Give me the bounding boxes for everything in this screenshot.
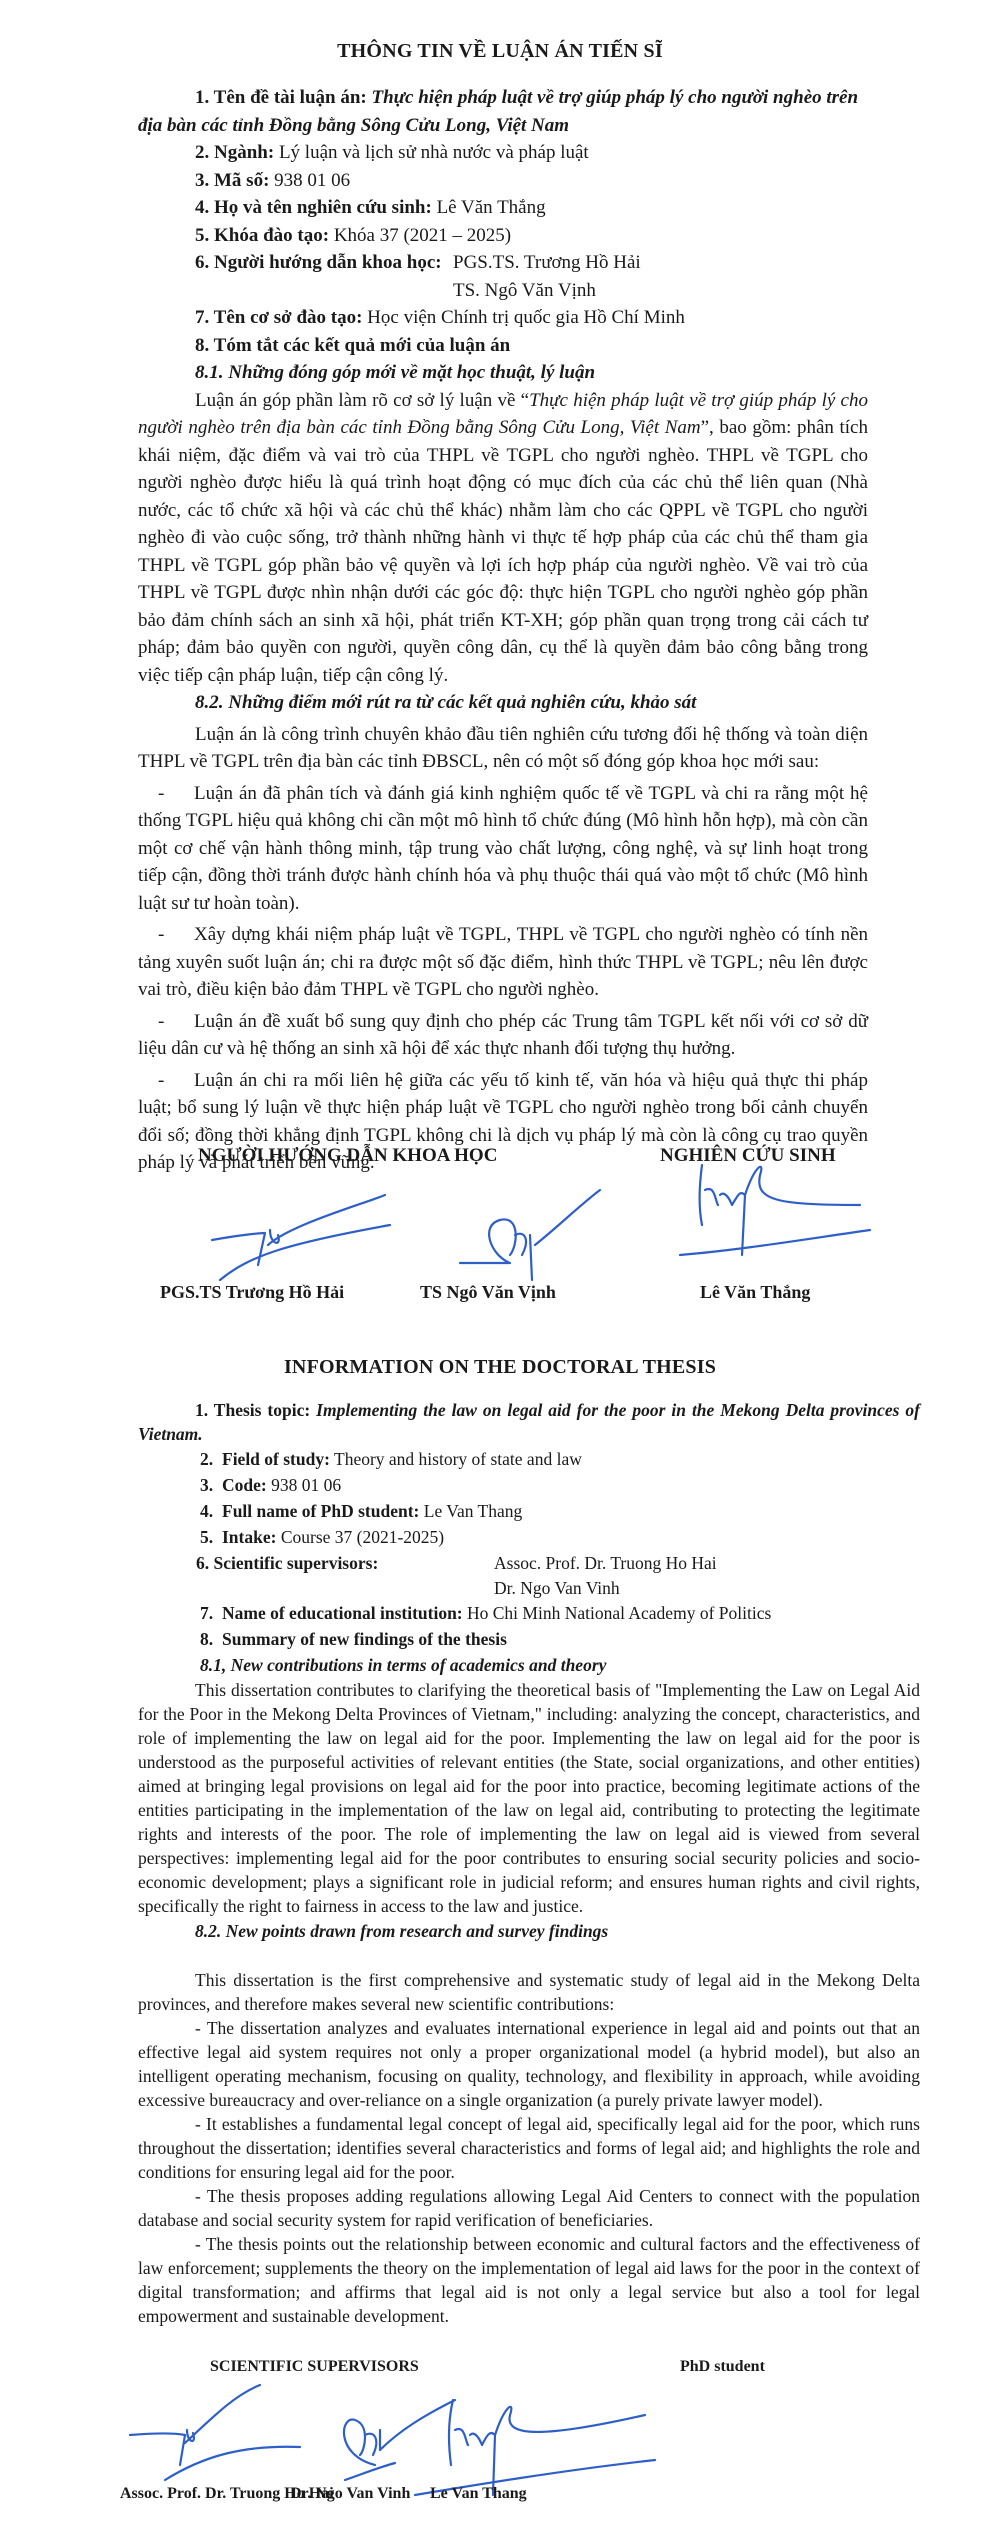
vn-institution-label: 7. Tên cơ sở đào tạo: bbox=[195, 307, 362, 328]
en-summary-heading: Summary of new findings of the thesis bbox=[222, 1629, 507, 1649]
vn-section-81-heading: 8.1. Những đóng góp mới về mặt học thuật… bbox=[138, 359, 868, 387]
en-code-value: 938 01 06 bbox=[271, 1475, 341, 1495]
vn-bullet-item: -Xây dựng khái niệm pháp luật về TGPL, T… bbox=[138, 921, 868, 1004]
en-section-81-heading: 8.1, New contributions in terms of acade… bbox=[138, 1652, 920, 1678]
en-field-num: 2. bbox=[200, 1446, 222, 1472]
en-section-82-heading: 8.2. New points drawn from research and … bbox=[138, 1918, 920, 1944]
en-student-label: Full name of PhD student: bbox=[222, 1501, 419, 1521]
vn-section-82-intro: Luận án là công trình chuyên khảo đầu ti… bbox=[138, 721, 868, 776]
en-bullet-item: - The thesis proposes adding regulations… bbox=[138, 2184, 920, 2232]
en-info-list: 1. Thesis topic: Implementing the law on… bbox=[138, 1398, 920, 2328]
en-title: INFORMATION ON THE DOCTORAL THESIS bbox=[0, 1356, 1000, 1379]
vn-info-list: 1. Tên đề tài luận án: Thực hiện pháp lu… bbox=[138, 84, 868, 1177]
en-supervisors: 6. Scientific supervisors:Assoc. Prof. D… bbox=[138, 1550, 920, 1576]
vn-course-label: 5. Khóa đào tạo: bbox=[195, 225, 329, 246]
vn-code-label: 3. Mã số: bbox=[195, 170, 269, 191]
en-bullet-item: - The thesis points out the relationship… bbox=[138, 2232, 920, 2328]
en-student-num: 4. bbox=[200, 1498, 222, 1524]
en-intake-num: 5. bbox=[200, 1524, 222, 1550]
en-supervisor-1: Assoc. Prof. Dr. Truong Ho Hai bbox=[494, 1553, 717, 1573]
en-topic: 1. Thesis topic: Implementing the law on… bbox=[138, 1398, 920, 1446]
vn-field: 2. Ngành: Lý luận và lịch sử nhà nước và… bbox=[138, 139, 868, 167]
vn-code-value: 938 01 06 bbox=[274, 170, 350, 191]
en-supervisors-label: 6. Scientific supervisors: bbox=[196, 1550, 494, 1576]
en-code-num: 3. bbox=[200, 1472, 222, 1498]
en-institution-label: Name of educational institution: bbox=[222, 1603, 463, 1623]
bullet-text: Luận án đề xuất bổ sung quy định cho phé… bbox=[138, 1011, 868, 1060]
vn-field-label: 2. Ngành: bbox=[195, 142, 274, 163]
bullet-marker: - bbox=[158, 780, 194, 808]
en-bullet-item: - The dissertation analyzes and evaluate… bbox=[138, 2016, 920, 2112]
vn-supervisors: 6. Người hướng dẫn khoa học:PGS.TS. Trươ… bbox=[138, 249, 868, 277]
vn-signature-vinh bbox=[450, 1185, 610, 1285]
vn-bullet-item: -Luận án đã phân tích và đánh giá kinh n… bbox=[138, 780, 868, 918]
en-supervisor-2-row: Dr. Ngo Van Vinh bbox=[138, 1576, 920, 1600]
bullet-marker: - bbox=[158, 1008, 194, 1036]
en-field-value: Theory and history of state and law bbox=[334, 1449, 582, 1469]
en-institution: 7.Name of educational institution: Ho Ch… bbox=[138, 1600, 920, 1626]
en-summary-num: 8. bbox=[200, 1626, 222, 1652]
vn-section-82-heading: 8.2. Những điểm mới rút ra từ các kết qu… bbox=[138, 689, 868, 717]
en-student-value: Le Van Thang bbox=[424, 1501, 523, 1521]
bullet-marker: - bbox=[158, 1067, 194, 1095]
en-field: 2.Field of study: Theory and history of … bbox=[138, 1446, 920, 1472]
vn-supervisor-2-row: TS. Ngô Văn Vịnh bbox=[138, 277, 868, 305]
en-institution-value: Ho Chi Minh National Academy of Politics bbox=[467, 1603, 771, 1623]
en-supervisors-heading: SCIENTIFIC SUPERVISORS bbox=[210, 2358, 419, 2376]
vn-institution-value: Học viện Chính trị quốc gia Hồ Chí Minh bbox=[367, 307, 685, 328]
en-signer-name-3: Le Van Thang bbox=[430, 2485, 527, 2503]
vn-signer-name-1: PGS.TS Trương Hồ Hải bbox=[160, 1282, 344, 1303]
vn-signature-thang bbox=[680, 1155, 880, 1265]
vn-student-value: Lê Văn Thắng bbox=[437, 197, 546, 218]
vn-supervisors-label: 6. Người hướng dẫn khoa học: bbox=[195, 249, 453, 277]
vn-bullet-item: -Luận án đề xuất bổ sung quy định cho ph… bbox=[138, 1008, 868, 1063]
vn-supervisor-1: PGS.TS. Trương Hồ Hải bbox=[453, 252, 641, 273]
en-section-81-body: This dissertation contributes to clarify… bbox=[138, 1678, 920, 1918]
en-intake: 5.Intake: Course 37 (2021-2025) bbox=[138, 1524, 920, 1550]
en-section-82-bullets: - The dissertation analyzes and evaluate… bbox=[138, 2016, 920, 2328]
bullet-text: Luận án đã phân tích và đánh giá kinh ng… bbox=[138, 783, 868, 914]
en-summary: 8.Summary of new findings of the thesis bbox=[138, 1626, 920, 1652]
en-institution-num: 7. bbox=[200, 1600, 222, 1626]
vn-course: 5. Khóa đào tạo: Khóa 37 (2021 – 2025) bbox=[138, 222, 868, 250]
bullet-text: Xây dựng khái niệm pháp luật về TGPL, TH… bbox=[138, 924, 868, 1000]
en-bullet-item: - It establishes a fundamental legal con… bbox=[138, 2112, 920, 2184]
vn-summary-heading: 8. Tóm tắt các kết quả mới của luận án bbox=[138, 332, 868, 360]
vn-81-lead: Luận án góp phần làm rõ cơ sở lý luận về… bbox=[195, 390, 529, 411]
vn-topic: 1. Tên đề tài luận án: Thực hiện pháp lu… bbox=[138, 84, 868, 139]
vn-title: THÔNG TIN VỀ LUẬN ÁN TIẾN SĨ bbox=[0, 40, 1000, 63]
vn-section-81-body: Luận án góp phần làm rõ cơ sở lý luận về… bbox=[138, 387, 868, 690]
en-code: 3.Code: 938 01 06 bbox=[138, 1472, 920, 1498]
vn-student-label: 4. Họ và tên nghiên cứu sinh: bbox=[195, 197, 432, 218]
en-intake-value: Course 37 (2021-2025) bbox=[281, 1527, 444, 1547]
vn-student: 4. Họ và tên nghiên cứu sinh: Lê Văn Thắ… bbox=[138, 194, 868, 222]
en-topic-label: 1. Thesis topic: bbox=[195, 1400, 310, 1420]
en-student-heading: PhD student bbox=[680, 2358, 765, 2376]
thesis-information-document: THÔNG TIN VỀ LUẬN ÁN TIẾN SĨ 1. Tên đề t… bbox=[0, 0, 1000, 2527]
vn-signer-name-2: TS Ngô Văn Vịnh bbox=[420, 1282, 556, 1303]
vn-81-rest: ”, bao gồm: phân tích khái niệm, đặc điể… bbox=[138, 417, 868, 686]
en-code-label: Code: bbox=[222, 1475, 267, 1495]
en-signer-name-2: Dr. Ngo Van Vinh bbox=[290, 2485, 410, 2503]
en-supervisor-2: Dr. Ngo Van Vinh bbox=[494, 1578, 620, 1598]
vn-institution: 7. Tên cơ sở đào tạo: Học viện Chính trị… bbox=[138, 304, 868, 332]
en-student: 4.Full name of PhD student: Le Van Thang bbox=[138, 1498, 920, 1524]
vn-topic-label: 1. Tên đề tài luận án: bbox=[195, 87, 367, 108]
vn-course-value: Khóa 37 (2021 – 2025) bbox=[334, 225, 511, 246]
bullet-marker: - bbox=[158, 921, 194, 949]
vn-supervisor-2: TS. Ngô Văn Vịnh bbox=[453, 280, 596, 301]
vn-field-value: Lý luận và lịch sử nhà nước và pháp luật bbox=[279, 142, 589, 163]
en-section-82-intro: This dissertation is the first comprehen… bbox=[138, 1968, 920, 2016]
en-intake-label: Intake: bbox=[222, 1527, 276, 1547]
vn-signature-hai bbox=[210, 1185, 430, 1285]
vn-section-82-bullets: -Luận án đã phân tích và đánh giá kinh n… bbox=[138, 780, 868, 1177]
vn-signer-name-3: Lê Văn Thắng bbox=[700, 1282, 810, 1303]
en-field-label: Field of study: bbox=[222, 1449, 330, 1469]
vn-supervisors-heading: NGƯỜI HƯỚNG DẪN KHOA HỌC bbox=[198, 1145, 497, 1167]
vn-code: 3. Mã số: 938 01 06 bbox=[138, 167, 868, 195]
